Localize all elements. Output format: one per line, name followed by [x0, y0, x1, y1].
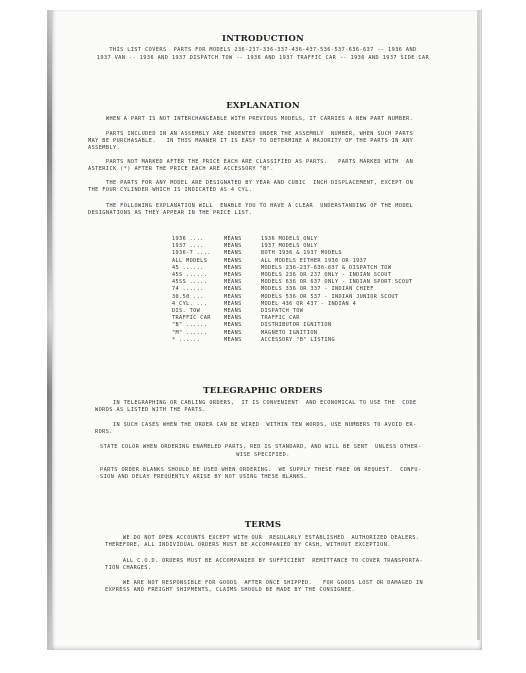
legend-code: Traffic Car: [172, 315, 224, 322]
legend-code: 45 ......: [172, 265, 224, 272]
telegraphic-paragraph-2: In such cases when the order can be wire…: [95, 422, 417, 436]
introduction-line-2: 1937 Van -- 1936 and 1937 Dispatch Tow -…: [50, 55, 476, 62]
legend-row: 4 cyl. ...meansModel 436 or 437 - Indian…: [172, 301, 413, 308]
legend-means: means: [224, 243, 261, 250]
legend-meaning: All Models either 1936 or 1937: [261, 258, 413, 265]
legend-code: 45SS .....: [172, 279, 224, 286]
legend-means: means: [224, 294, 261, 301]
legend-means: means: [224, 301, 261, 308]
legend-row: 1936-7 ....meansBoth 1936 & 1937 models: [172, 250, 413, 257]
legend-means: means: [224, 265, 261, 272]
explanation-paragraph-4: The parts for any model are designated b…: [88, 180, 413, 194]
legend-means: means: [224, 236, 261, 243]
legend-means: means: [224, 286, 261, 293]
telegraphic-orders-heading: TELEGRAPHIC ORDERS: [0, 386, 526, 396]
legend-means: means: [224, 308, 261, 315]
telegraphic-paragraph-4: Parts order blanks should be used when o…: [100, 467, 422, 481]
legend-row: 1937 ....means1937 Models only: [172, 243, 413, 250]
legend-code: 1937 ....: [172, 243, 224, 250]
legend-code: * ......: [172, 337, 224, 344]
telegraphic-paragraph-1: In telegraphing or cabling orders, it is…: [95, 400, 417, 414]
legend-row: Dis. TowmeansDispatch Tow: [172, 308, 413, 315]
legend-means: means: [224, 315, 261, 322]
legend-row: 45S ......meansModels 236 or 237 only - …: [172, 272, 413, 279]
legend-meaning: Both 1936 & 1937 models: [261, 250, 413, 257]
legend-row: 30.50 ...meansModels 536 or 537 - Indian…: [172, 294, 413, 301]
legend-code: "B" ......: [172, 322, 224, 329]
legend-code: 1936 ....: [172, 236, 224, 243]
explanation-heading: EXPLANATION: [0, 101, 526, 111]
legend-row: 74 ......meansModels 336 or 337 - Indian…: [172, 286, 413, 293]
legend-code: All Models: [172, 258, 224, 265]
legend-row: Traffic CarmeansTraffic Car: [172, 315, 413, 322]
introduction-line-1: This list covers parts for Models 236-23…: [50, 47, 476, 54]
telegraphic-paragraph-3: State color when ordering enameled parts…: [100, 444, 422, 451]
legend-code: 74 ......: [172, 286, 224, 293]
legend-meaning: Dispatch Tow: [261, 308, 413, 315]
terms-paragraph-3: We are not responsible for goods after o…: [105, 580, 423, 594]
legend-row: * ......meansAccessory "B" listing: [172, 337, 413, 344]
legend-code: Dis. Tow: [172, 308, 224, 315]
legend-meaning: Accessory "B" listing: [261, 337, 413, 344]
legend-means: means: [224, 258, 261, 265]
legend-meaning: Models 636 or 637 only - Indian Sport Sc…: [261, 279, 413, 286]
model-designation-legend: 1936 ....means1936 Models only1937 ....m…: [172, 236, 413, 344]
explanation-paragraph-1: When a part is not interchangeable with …: [88, 116, 413, 123]
legend-row: 1936 ....means1936 Models only: [172, 236, 413, 243]
legend-code: 30.50 ...: [172, 294, 224, 301]
legend-means: means: [224, 330, 261, 337]
terms-paragraph-1: We do not open accounts except with our …: [105, 535, 419, 549]
legend-row: All ModelsmeansAll Models either 1936 or…: [172, 258, 413, 265]
legend-means: means: [224, 279, 261, 286]
legend-row: 45SS .....meansModels 636 or 637 only - …: [172, 279, 413, 286]
legend-means: means: [224, 250, 261, 257]
legend-code: 45S ......: [172, 272, 224, 279]
terms-paragraph-2: All C.O.D. orders must be accompanied by…: [105, 558, 423, 572]
legend-code: 4 cyl. ...: [172, 301, 224, 308]
introduction-heading: INTRODUCTION: [0, 34, 526, 44]
legend-meaning: Model 436 or 437 - Indian 4: [261, 301, 413, 308]
legend-meaning: 1937 Models only: [261, 243, 413, 250]
legend-meaning: 1936 Models only: [261, 236, 413, 243]
legend-meaning: Models 336 or 337 - Indian Chief: [261, 286, 413, 293]
explanation-paragraph-3: Parts not marked after the price each ar…: [88, 159, 413, 173]
legend-meaning: Distributor ignition: [261, 322, 413, 329]
legend-meaning: Magneto ignition: [261, 330, 413, 337]
legend-meaning: Traffic Car: [261, 315, 413, 322]
legend-row: 45 ......meansModels 236-237-636-637 & D…: [172, 265, 413, 272]
explanation-paragraph-2: Parts included in an assembly are indent…: [88, 131, 413, 153]
legend-means: means: [224, 337, 261, 344]
legend-code: 1936-7 ....: [172, 250, 224, 257]
legend-means: means: [224, 272, 261, 279]
legend-row: "M" ......meansMagneto ignition: [172, 330, 413, 337]
legend-meaning: Models 536 or 537 - Indian Junior Scout: [261, 294, 413, 301]
legend-meaning: Models 236-237-636-637 & Dispatch Tow: [261, 265, 413, 272]
legend-code: "M" ......: [172, 330, 224, 337]
legend-meaning: Models 236 or 237 only - Indian Scout: [261, 272, 413, 279]
explanation-paragraph-5: The following explanation will enable yo…: [88, 203, 413, 217]
terms-heading: TERMS: [0, 520, 526, 530]
legend-means: means: [224, 322, 261, 329]
legend-row: "B" ......meansDistributor ignition: [172, 322, 413, 329]
telegraphic-paragraph-3-cont: wise specified.: [0, 452, 526, 459]
